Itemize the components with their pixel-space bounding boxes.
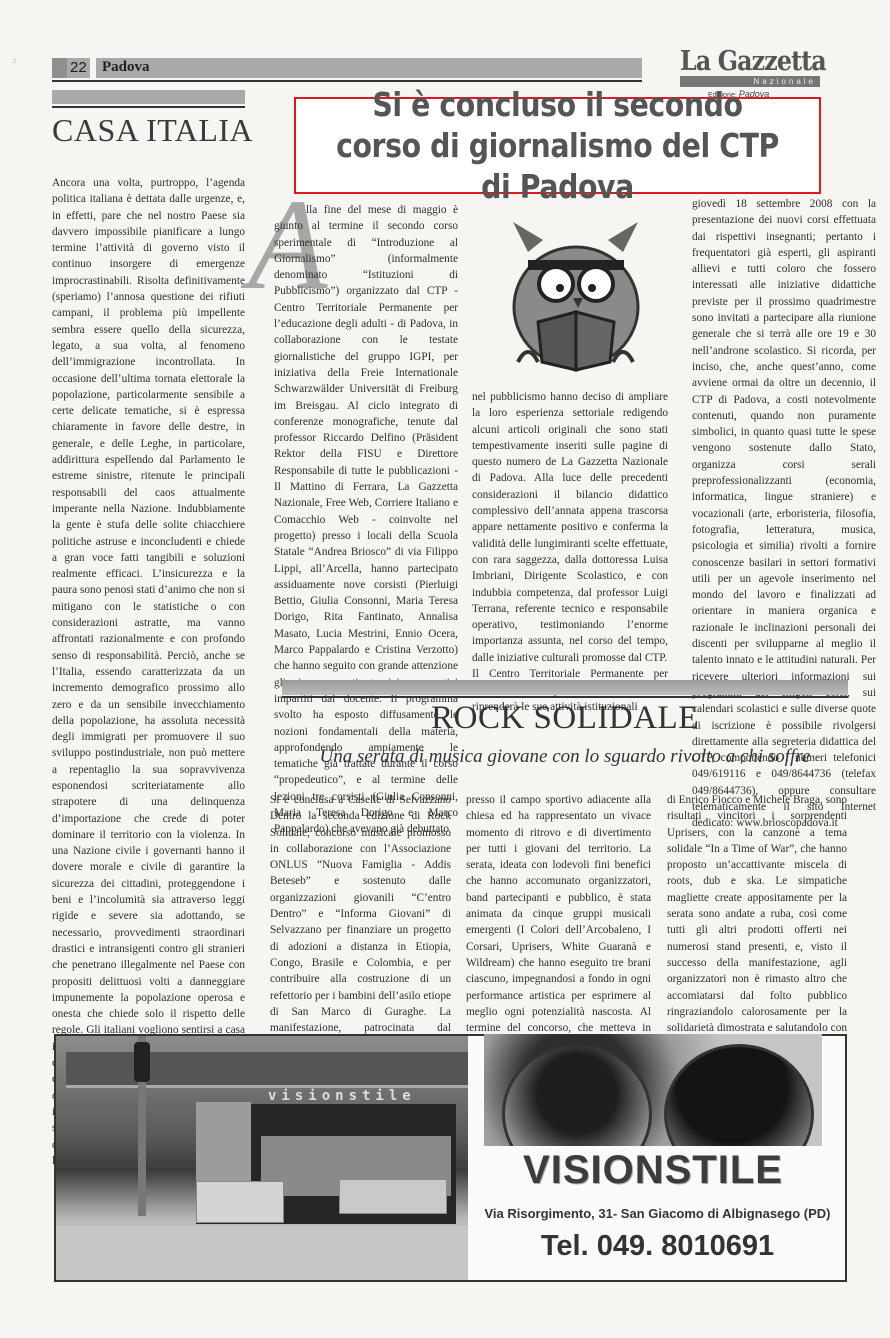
casa-italia-paragraph: Ancora una volta, purtroppo, l’agenda po… xyxy=(52,175,245,1169)
header-separator xyxy=(90,58,96,78)
traffic-light-icon xyxy=(134,1042,150,1082)
storefront-sign: visionstile xyxy=(268,1088,416,1104)
awning xyxy=(66,1052,468,1088)
eyeglasses-photo xyxy=(484,1034,822,1146)
header-rule xyxy=(52,80,642,82)
owl-reading-book-icon xyxy=(488,212,663,382)
left-lens xyxy=(502,1044,652,1146)
casa-italia-title: CASA ITALIA xyxy=(52,112,253,149)
stone-planter xyxy=(339,1179,447,1214)
margin-mark: ↄ xyxy=(12,55,16,65)
column-header-rule xyxy=(52,106,245,108)
ctp-col2-text: nel pubblicismo hanno deciso di ampliare… xyxy=(472,389,668,666)
road xyxy=(56,1226,468,1280)
ad-phone: Tel. 049. 8010691 xyxy=(468,1230,847,1263)
storefront-photo: visionstile xyxy=(56,1036,468,1280)
ctp-col1-text: lla fine del mese di maggio è giunto al … xyxy=(274,202,458,838)
masthead-logo: La Gazzetta xyxy=(680,48,803,76)
column-header-bar xyxy=(52,90,245,104)
rock-solidale-title: ROCK SOLIDALE xyxy=(282,700,848,737)
rock-header-bar xyxy=(282,680,848,695)
ad-brand: VISIONSTILE xyxy=(484,1148,822,1193)
section-header-bar: 22 Padova xyxy=(52,58,642,78)
ctp-headline-box: Si è concluso il secondo corso di giorna… xyxy=(294,97,821,194)
rock-solidale-subtitle: Una serata di musica giovane con lo sgua… xyxy=(282,746,848,768)
right-lens xyxy=(664,1044,814,1146)
page-number-block xyxy=(52,58,67,78)
visionstile-advertisement: visionstile VISIONSTILE Via Risorgimento… xyxy=(54,1034,847,1282)
section-name: Padova xyxy=(102,59,150,76)
ctp-column-1: lla fine del mese di maggio è giunto al … xyxy=(274,202,458,838)
rock-header-rule xyxy=(282,696,848,698)
ctp-column-2: nel pubblicismo hanno deciso di ampliare… xyxy=(472,389,668,715)
ctp-headline: Si è concluso il secondo corso di giorna… xyxy=(333,84,783,207)
ad-address: Via Risorgimento, 31- San Giacomo di Alb… xyxy=(468,1206,847,1221)
page-number: 22 xyxy=(70,59,87,76)
rock-col3-text: di Enrico Fiocco e Michele Braga, sono r… xyxy=(667,792,847,1069)
stone-planter xyxy=(196,1181,284,1223)
